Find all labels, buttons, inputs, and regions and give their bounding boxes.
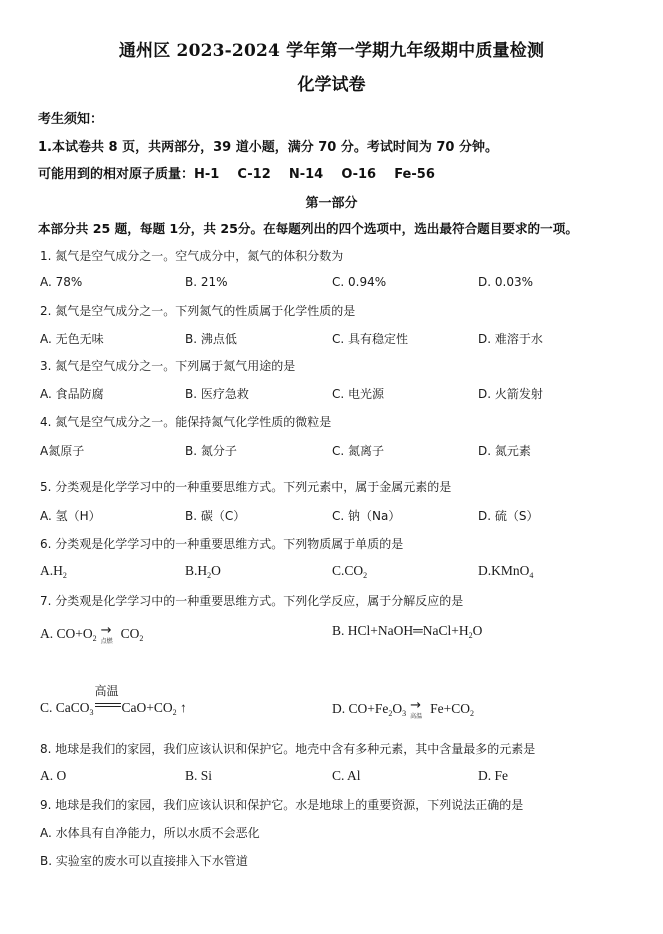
question-2-option-d[interactable]: D. 难溶于水 bbox=[478, 330, 543, 347]
question-1-option-c[interactable]: C. 0.94% bbox=[332, 275, 386, 289]
exam-page: 通州区 2023-2024 学年第一学期九年级期中质量检测 化学试卷 考生须知：… bbox=[0, 0, 663, 934]
question-3-option-d[interactable]: D. 火箭发射 bbox=[478, 385, 543, 402]
question-8-option-c[interactable]: C. Al bbox=[332, 768, 361, 784]
gas-up-arrow-icon: ↑ bbox=[180, 700, 187, 715]
formula-subscript: 2 bbox=[139, 634, 143, 643]
question-9-option-a[interactable]: A. 水体具有自净能力，所以水质不会恶化 bbox=[40, 824, 260, 841]
reaction-rhs: CaO+CO bbox=[122, 700, 173, 715]
question-5-stem: 5. 分类观是化学学习中的一种重要思维方式。下列元素中，属于金属元素的是 bbox=[40, 478, 451, 495]
question-4-option-a[interactable]: A氮原子 bbox=[40, 442, 84, 459]
question-8-stem: 8. 地球是我们的家园，我们应该认识和保护它。地壳中含有多种元素，其中含量最多的… bbox=[40, 740, 535, 757]
part-one-instructions: 本部分共 25 题，每题 1分，共 25分。在每题列出的四个选项中，选出最符合题… bbox=[38, 218, 578, 237]
formula-subscript: 2 bbox=[470, 709, 474, 718]
question-3-stem: 3. 氮气是空气成分之一。下列属于氮气用途的是 bbox=[40, 357, 295, 374]
question-2-option-c[interactable]: C. 具有稳定性 bbox=[332, 330, 408, 347]
reaction-arrow: →高温 bbox=[408, 700, 428, 714]
equals-sign: ═ bbox=[413, 623, 423, 638]
question-2-option-a[interactable]: A. 无色无味 bbox=[40, 330, 104, 347]
option-letter: C. bbox=[332, 563, 344, 578]
equals-line bbox=[95, 706, 121, 707]
reaction-lhs: O bbox=[392, 701, 402, 716]
question-6-option-d[interactable]: D.KMnO4 bbox=[478, 563, 533, 579]
reaction-rhs: Fe+CO bbox=[430, 701, 470, 716]
formula-subscript: 2 bbox=[363, 571, 367, 580]
question-6-option-b[interactable]: B.H2O bbox=[185, 563, 221, 579]
question-7-stem: 7. 分类观是化学学习中的一种重要思维方式。下列化学反应，属于分解反应的是 bbox=[40, 592, 463, 609]
question-1-stem: 1. 氮气是空气成分之一。空气成分中，氮气的体积分数为 bbox=[40, 247, 343, 264]
question-3-option-c[interactable]: C. 电光源 bbox=[332, 385, 384, 402]
question-9-option-b[interactable]: B. 实验室的废水可以直接排入下水管道 bbox=[40, 852, 248, 869]
formula-text: H bbox=[197, 563, 207, 578]
reaction-rhs-tail: O bbox=[473, 623, 483, 638]
reaction-condition: 高温 bbox=[95, 682, 119, 699]
reaction-lhs: HCl+NaOH bbox=[348, 623, 413, 638]
question-6-stem: 6. 分类观是化学学习中的一种重要思维方式。下列物质属于单质的是 bbox=[40, 535, 403, 552]
question-8-option-b[interactable]: B. Si bbox=[185, 768, 212, 784]
notice-heading: 考生须知： bbox=[38, 108, 103, 127]
reaction-lhs: CO+Fe bbox=[349, 701, 389, 716]
equals-line bbox=[95, 703, 121, 704]
option-letter: A. bbox=[40, 563, 53, 578]
question-7-option-d[interactable]: D. CO+Fe2O3→高温Fe+CO2 bbox=[332, 700, 474, 717]
formula-subscript: 2 bbox=[93, 634, 97, 643]
option-letter: C. bbox=[40, 700, 52, 715]
reaction-arrow: →点燃 bbox=[99, 625, 119, 639]
question-1-option-b[interactable]: B. 21% bbox=[185, 275, 228, 289]
question-4-option-d[interactable]: D. 氮元素 bbox=[478, 442, 531, 459]
option-letter: B. bbox=[185, 563, 197, 578]
question-1-option-d[interactable]: D. 0.03% bbox=[478, 275, 533, 289]
question-5-option-d[interactable]: D. 硫（S） bbox=[478, 507, 539, 524]
option-letter: D. bbox=[332, 701, 345, 716]
question-5-option-b[interactable]: B. 碳（C） bbox=[185, 507, 245, 524]
reaction-lhs: CaCO bbox=[56, 700, 90, 715]
question-9-stem: 9. 地球是我们的家园，我们应该认识和保护它。水是地球上的重要资源，下列说法正确… bbox=[40, 796, 523, 813]
question-7-option-b[interactable]: B. HCl+NaOH═NaCl+H2O bbox=[332, 623, 482, 639]
notice-line-1: 1.本试卷共 8 页，共两部分，39 道小题，满分 70 分。考试时间为 70 … bbox=[38, 136, 498, 155]
question-2-stem: 2. 氮气是空气成分之一。下列氮气的性质属于化学性质的是 bbox=[40, 302, 355, 319]
question-7-option-a[interactable]: A. CO+O2→点燃CO2 bbox=[40, 625, 143, 642]
reaction-condition: 点燃 bbox=[101, 636, 113, 645]
question-8-option-a[interactable]: A. O bbox=[40, 768, 66, 784]
reaction-rhs: CO bbox=[121, 626, 140, 641]
question-5-option-a[interactable]: A. 氢（H） bbox=[40, 507, 101, 524]
formula-subscript: 4 bbox=[529, 571, 533, 580]
question-2-option-b[interactable]: B. 沸点低 bbox=[185, 330, 237, 347]
formula-text: H bbox=[53, 563, 63, 578]
reaction-equals: 高温 bbox=[95, 698, 121, 712]
formula-subscript: 2 bbox=[63, 571, 67, 580]
reaction-condition: 高温 bbox=[410, 711, 422, 720]
exam-title: 通州区 2023-2024 学年第一学期九年级期中质量检测 bbox=[0, 36, 663, 61]
formula-subscript: 3 bbox=[402, 709, 406, 718]
question-5-option-c[interactable]: C. 钠（Na） bbox=[332, 507, 400, 524]
option-letter: D. bbox=[478, 563, 491, 578]
formula-text: O bbox=[211, 563, 221, 578]
exam-subtitle: 化学试卷 bbox=[0, 70, 663, 95]
option-letter: B. bbox=[332, 623, 344, 638]
reaction-lhs: CO+O bbox=[57, 626, 93, 641]
question-4-option-b[interactable]: B. 氮分子 bbox=[185, 442, 237, 459]
question-3-option-a[interactable]: A. 食品防腐 bbox=[40, 385, 104, 402]
formula-text: KMnO bbox=[491, 563, 529, 578]
question-3-option-b[interactable]: B. 医疗急救 bbox=[185, 385, 249, 402]
part-one-heading: 第一部分 bbox=[0, 192, 663, 211]
question-4-stem: 4. 氮气是空气成分之一。能保持氮气化学性质的微粒是 bbox=[40, 413, 331, 430]
formula-subscript: 3 bbox=[90, 708, 94, 717]
question-6-option-c[interactable]: C.CO2 bbox=[332, 563, 367, 579]
question-7-option-c[interactable]: C. CaCO3高温CaO+CO2 ↑ bbox=[40, 698, 187, 716]
option-letter: A. bbox=[40, 626, 53, 641]
atomic-mass-line: 可能用到的相对原子质量：H-1 C-12 N-14 O-16 Fe-56 bbox=[38, 163, 435, 182]
formula-text: CO bbox=[344, 563, 363, 578]
question-4-option-c[interactable]: C. 氮离子 bbox=[332, 442, 384, 459]
formula-subscript: 2 bbox=[173, 708, 177, 717]
question-1-option-a[interactable]: A. 78% bbox=[40, 275, 82, 289]
reaction-rhs: NaCl+H bbox=[423, 623, 469, 638]
question-8-option-d[interactable]: D. Fe bbox=[478, 768, 508, 784]
question-6-option-a[interactable]: A.H2 bbox=[40, 563, 67, 579]
